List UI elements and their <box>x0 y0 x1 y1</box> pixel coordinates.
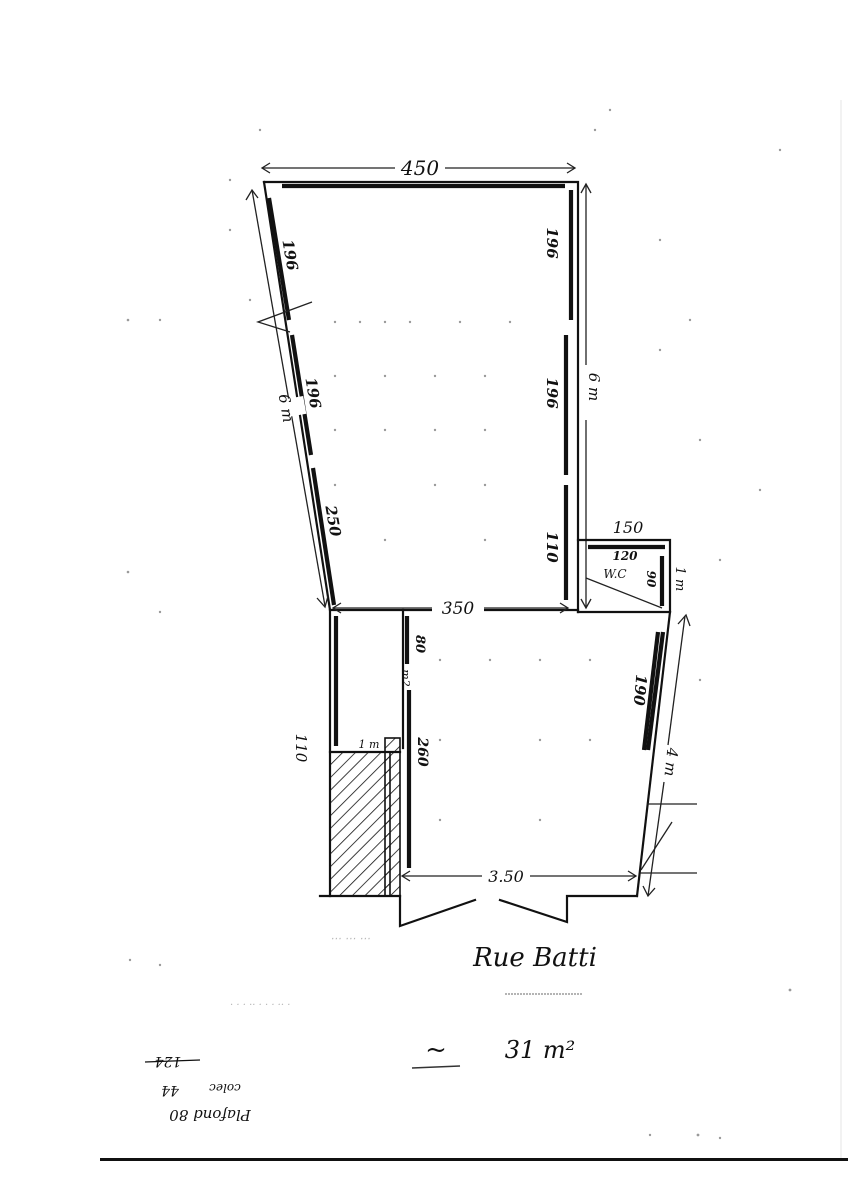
label-right-seg-2: 196 <box>543 377 561 409</box>
faint-scribble: · · · ·· · · · ·· · <box>230 1000 290 1011</box>
bottom-rule <box>100 1158 848 1161</box>
wc-label: W.C <box>603 567 626 581</box>
dim-right-total: 6 m <box>585 373 603 402</box>
annotations: ⋯ ⋯ ⋯ · · · ·· · · · ·· · Rue Batti ~ 31… <box>145 932 597 1124</box>
label-partition-upper: 80 <box>412 635 427 653</box>
faint-scribble: ⋯ ⋯ ⋯ <box>330 932 370 945</box>
dim-top-width: 450 <box>400 156 439 180</box>
area-approx-symbol: ~ <box>425 1035 447 1065</box>
note-colec: colec <box>209 1081 241 1095</box>
street-name: Rue Batti <box>472 943 597 973</box>
dim-line-lower-right-a <box>668 616 685 745</box>
dim-bottom-width: 3.50 <box>488 867 524 886</box>
floor-plan-drawing: 450 6 m 196 196 250 196 196 110 6 m 350 <box>0 0 848 1200</box>
grid-dots <box>127 109 792 1139</box>
area-underline <box>412 1066 460 1068</box>
door-right-leaf <box>500 896 637 922</box>
wc-inner-width: 120 <box>612 549 638 563</box>
label-lower-left-wall: 110 <box>292 734 310 763</box>
dim-mid-width: 350 <box>442 599 475 619</box>
wc-room: 150 120 W.C 90 1 m <box>578 518 687 612</box>
door-left-leaf <box>400 896 475 926</box>
label-lower-right-wall: 190 <box>630 674 651 707</box>
upside-down-notes: Plafond 80 colec 44 124 <box>155 1053 252 1124</box>
label-right-seg-3: 110 <box>543 531 561 563</box>
label-step-width: 1 m <box>359 738 380 751</box>
floor-plan-sheet: 450 6 m 196 196 250 196 196 110 6 m 350 <box>0 0 848 1200</box>
area-value: 31 m² <box>505 1036 576 1064</box>
note-plafond: Plafond 80 <box>169 1106 252 1124</box>
label-right-seg-1: 196 <box>543 227 561 259</box>
label-partition-lower: 260 <box>414 736 430 766</box>
hatched-block <box>330 752 390 896</box>
wc-depth: 90 <box>644 571 658 588</box>
wc-total: 1 m <box>672 567 687 592</box>
dim-left-total: 6 m <box>275 393 298 424</box>
hatched-strip <box>385 738 400 896</box>
dim-lower-right-total: 4 m <box>661 746 682 777</box>
lower-room: 110 80 m2 260 1 m 190 4 m 3.50 <box>292 610 697 926</box>
wc-outer-width: 150 <box>613 518 644 537</box>
label-partition-marker: m2 <box>399 669 412 686</box>
note-44: 44 <box>161 1082 180 1098</box>
arrow-down-icon <box>317 596 328 607</box>
upper-room: 450 6 m 196 196 250 196 196 110 6 m 350 <box>246 156 603 619</box>
